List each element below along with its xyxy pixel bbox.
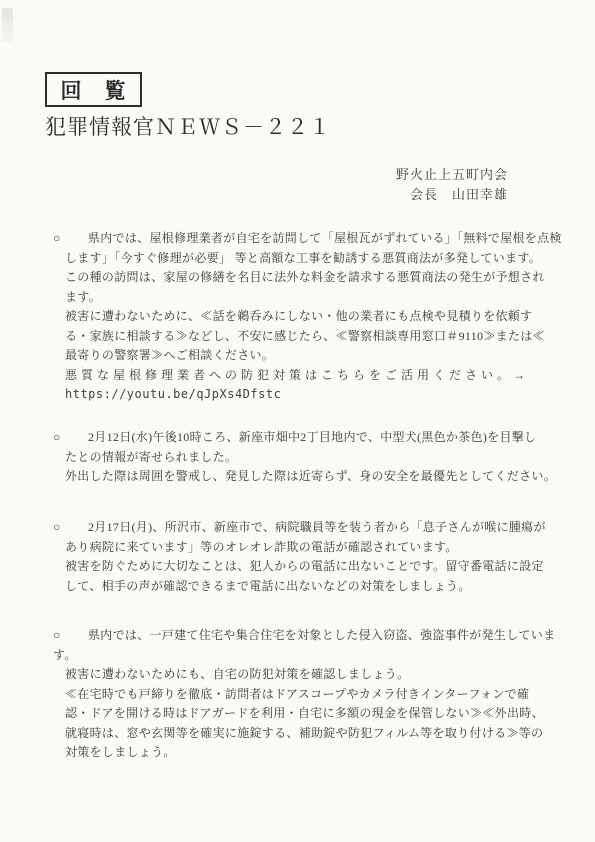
scan-artifact: [2, 8, 13, 42]
bullet-marker: ○: [53, 626, 88, 646]
line-text: https://youtu.be/qJpXs4Dfstc: [65, 387, 281, 401]
line-text: この種の訪問は、家屋の修繕を名目に法外な料金を請求する悪質商法の発生が予想され: [65, 270, 545, 284]
bullet-marker: ○: [53, 428, 88, 448]
page-title: 犯罪情報官ＮＥＷＳ－２２１: [45, 111, 331, 141]
section-stray-dog-sighting: ○2月12日(水)午後10時ころ、新座市畑中2丁目地内で、中型犬(黒色か茶色)を…: [53, 428, 553, 487]
line-text: す。: [53, 648, 77, 662]
line-text: 認・ドアを開ける時はドアガードを利用・自宅に多額の現金を保管しない≫≪外出時、: [65, 706, 544, 720]
line-text: 就寝時は、窓や玄関等を確実に施錠する、補助錠や防犯フィルム等を取り付ける≫等の: [65, 726, 543, 740]
line-text: 県内では、屋根修理業者が自宅を訪問して「屋根瓦がずれている」「無料で屋根を点検: [88, 231, 562, 245]
body-line: 認・ドアを開ける時はドアガードを利用・自宅に多額の現金を保管しない≫≪外出時、: [53, 704, 553, 724]
section-burglary-prevention: ○県内では、一戸建て住宅や集合住宅を対象とした侵入窃盗、強盗事件が発生していま …: [53, 626, 553, 763]
body-line: ○2月17日(月)、所沢市、新座市で、病院職員等を装う者から「息子さんが喉に腫瘍…: [53, 518, 553, 538]
line-text: 県内では、一戸建て住宅や集合住宅を対象とした侵入窃盗、強盗事件が発生していま: [88, 628, 555, 642]
line-text: 被害に遭わないために、≪話を鵜呑みにしない・他の業者にも点検や見積りを依頼す: [65, 309, 532, 323]
body-line: して、相手の声が確認できるまで電話に出ないなどの対策をしましょう。: [53, 577, 553, 597]
line-text: 外出した際は周囲を警戒し、発見した際は近寄らず、身の安全を最優先としてください。: [65, 469, 556, 483]
line-text: 悪質な屋根修理業者への防犯対策はこちらをご活用ください。→: [65, 368, 529, 382]
circulation-stamp-label: 回 覧: [61, 75, 127, 105]
circulation-stamp-box: 回 覧: [45, 72, 142, 107]
line-text: 対策をしましょう。: [65, 745, 176, 759]
section-roof-repair-scam: ○県内では、屋根修理業者が自宅を訪問して「屋根瓦がずれている」「無料で屋根を点検…: [53, 229, 553, 405]
body-line: 最寄りの警察署≫へご相談ください。: [53, 346, 553, 366]
body-line: この種の訪問は、家屋の修繕を名目に法外な料金を請求する悪質商法の発生が予想され: [53, 268, 553, 288]
youtube-url-text: https://youtu.be/qJpXs4Dfstc: [53, 385, 553, 405]
body-line: 外出した際は周囲を警戒し、発見した際は近寄らず、身の安全を最優先としてください。: [53, 467, 553, 487]
body-line: 被害に遭わないためにも、自宅の防犯対策を確認しましょう。: [53, 665, 553, 685]
line-text: あり病院に来ています」等のオレオレ詐欺の電話が確認されています。: [65, 540, 458, 554]
bullet-marker: ○: [53, 229, 88, 249]
line-text: ます。: [65, 290, 101, 304]
line-text: る・家族に相談する≫などし、不安に感じたら、≪警察相談専用窓口＃9110≫または…: [65, 329, 545, 343]
body-line: す。: [53, 646, 553, 666]
body-line: る・家族に相談する≫などし、不安に感じたら、≪警察相談専用窓口＃9110≫または…: [53, 327, 553, 347]
body-line: します」「今すぐ修理が必要」 等と高額な工事を勧誘する悪質商法が多発しています。: [53, 249, 553, 269]
body-line: たとの情報が寄せられました。: [53, 448, 553, 468]
line-text: 最寄りの警察署≫へご相談ください。: [65, 348, 274, 362]
line-text: たとの情報が寄せられました。: [65, 450, 237, 464]
line-text: 被害に遭わないためにも、自宅の防犯対策を確認しましょう。: [65, 667, 409, 681]
body-line: ○県内では、屋根修理業者が自宅を訪問して「屋根瓦がずれている」「無料で屋根を点検: [53, 229, 553, 249]
section-phone-fraud: ○2月17日(月)、所沢市、新座市で、病院職員等を装う者から「息子さんが喉に腫瘍…: [53, 518, 553, 596]
body-line: ○県内では、一戸建て住宅や集合住宅を対象とした侵入窃盗、強盗事件が発生していま: [53, 626, 553, 646]
body-line: 被害を防ぐために大切なことは、犯人からの電話に出ないことです。留守番電話に設定: [53, 557, 553, 577]
body-line: あり病院に来ています」等のオレオレ詐欺の電話が確認されています。: [53, 538, 553, 558]
body-line: ます。: [53, 288, 553, 308]
body-line: ≪在宅時でも戸締りを徹底・訪問者はドアスコープやカメラ付きインターフォンで確: [53, 685, 553, 705]
line-text: 被害を防ぐために大切なことは、犯人からの電話に出ないことです。留守番電話に設定: [65, 559, 544, 573]
line-text: します」「今すぐ修理が必要」 等と高額な工事を勧誘する悪質商法が多発しています。: [65, 251, 541, 265]
bullet-marker: ○: [53, 518, 88, 538]
line-text: 2月17日(月)、所沢市、新座市で、病院職員等を装う者から「息子さんが喉に腫瘍が: [88, 520, 546, 534]
sender-representative: 会長 山田幸雄: [396, 185, 508, 205]
sender-block: 野火止上五町内会 会長 山田幸雄: [396, 165, 508, 205]
line-text: ≪在宅時でも戸締りを徹底・訪問者はドアスコープやカメラ付きインターフォンで確: [65, 687, 529, 701]
body-line: 悪質な屋根修理業者への防犯対策はこちらをご活用ください。→: [53, 366, 553, 386]
body-line: ○2月12日(水)午後10時ころ、新座市畑中2丁目地内で、中型犬(黒色か茶色)を…: [53, 428, 553, 448]
body-line: 就寝時は、窓や玄関等を確実に施錠する、補助錠や防犯フィルム等を取り付ける≫等の: [53, 724, 553, 744]
body-line: 被害に遭わないために、≪話を鵜呑みにしない・他の業者にも点検や見積りを依頼す: [53, 307, 553, 327]
scanned-newsletter-page: 回 覧 犯罪情報官ＮＥＷＳ－２２１ 野火止上五町内会 会長 山田幸雄 ○県内では…: [0, 0, 595, 842]
line-text: 2月12日(水)午後10時ころ、新座市畑中2丁目地内で、中型犬(黒色か茶色)を目…: [88, 430, 536, 444]
line-text: して、相手の声が確認できるまで電話に出ないなどの対策をしましょう。: [65, 579, 471, 593]
sender-organization: 野火止上五町内会: [396, 165, 508, 185]
body-line: 対策をしましょう。: [53, 743, 553, 763]
